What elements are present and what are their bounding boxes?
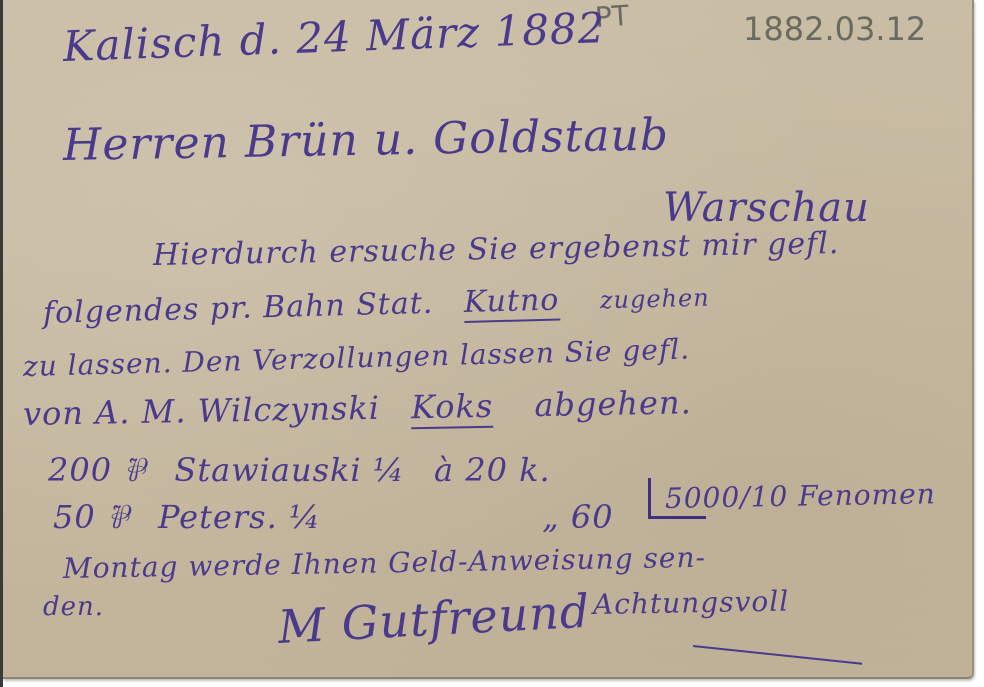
signature: M Gutfreund <box>277 584 592 654</box>
address-city: Warschau <box>663 185 870 231</box>
body-line-2-text: folgendes pr. Bahn Stat. <box>43 286 434 331</box>
closing-phrase: Achtungsvoll <box>593 585 790 621</box>
body-line-4-suffix: abgehen. <box>534 383 692 424</box>
order-1-price: à 20 k. <box>434 451 551 489</box>
body-line-1: Hierdurch ersuche Sie ergebenst mir gefl… <box>153 226 840 273</box>
order-1-qty: 200 ⅌ <box>48 451 145 489</box>
body-line-2: folgendes pr. Bahn Stat. Kutno zugehen <box>43 279 711 331</box>
pencil-archive-date: 1882.03.12 <box>743 10 926 48</box>
body-line-4-text: von A. M. Wilczynski <box>23 389 381 433</box>
closing-line-1: Montag werde Ihnen Geld-Anweisung sen- <box>63 541 706 585</box>
station-name: Kutno <box>463 282 559 322</box>
order-line-2: 50 ⅌ Peters. ¼ „ 60 <box>53 495 614 538</box>
addressee-line: Herren Brün u. Goldstaub <box>63 109 670 171</box>
order-1-item: Stawiauski ¼ <box>174 451 404 489</box>
order-2-qty: 50 ⅌ <box>53 498 129 536</box>
station-suffix: zugehen <box>600 284 710 315</box>
order-line-1: 200 ⅌ Stawiauski ¼ à 20 k. <box>48 448 551 491</box>
order-2-item: Peters. ¼ <box>158 498 321 536</box>
body-line-3: zu lassen. Den Verzollungen lassen Sie g… <box>23 333 691 383</box>
signature-flourish <box>693 645 862 665</box>
closing-line-2: den. <box>43 592 104 622</box>
commodity-name: Koks <box>411 387 494 429</box>
order-2-price: „ 60 <box>542 498 613 536</box>
body-line-4: von A. M. Wilczynski Koks abgehen. <box>23 383 692 433</box>
order-2-note: 5000/10 Fenomen <box>665 477 936 515</box>
postcard: PT 1882.03.12 Kalisch d. 24 März 1882 He… <box>3 0 974 679</box>
place-date-heading: Kalisch d. 24 März 1882 <box>62 3 606 71</box>
